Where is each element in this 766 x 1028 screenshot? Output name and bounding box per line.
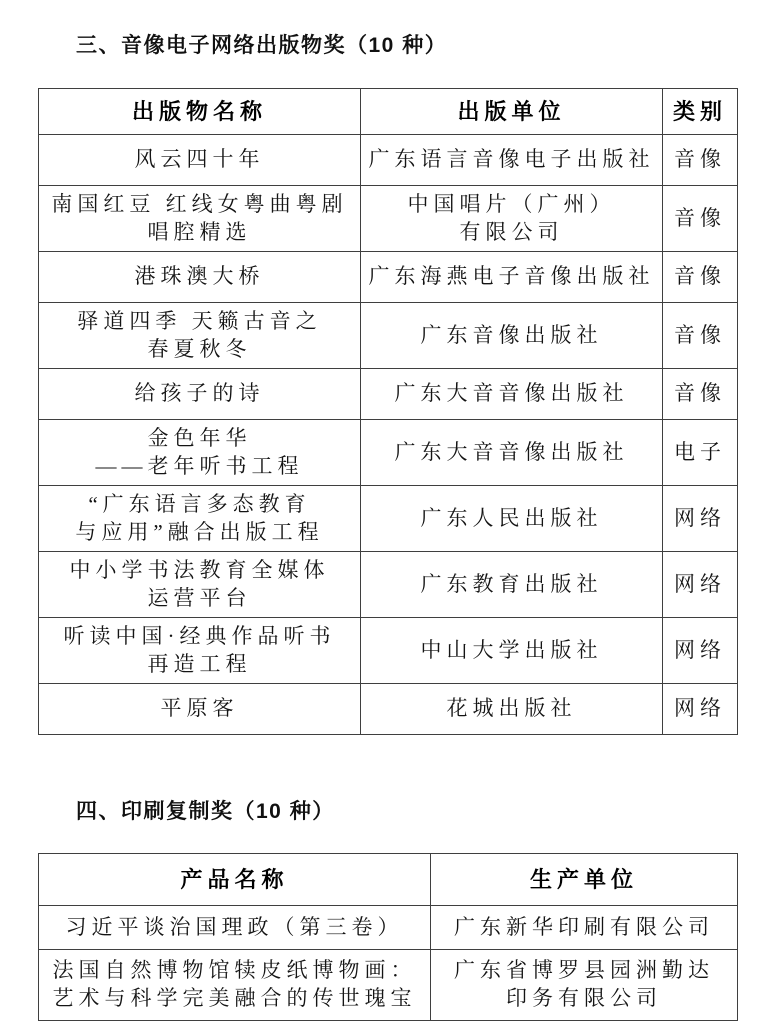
category-cell: 电子 [663, 420, 738, 486]
product-name-cell: 法国自然博物馆犊皮纸博物画： 艺术与科学完美融合的传世瑰宝 [39, 950, 431, 1021]
table-header-row: 产品名称 生产单位 [39, 854, 738, 906]
category-cell: 网络 [663, 486, 738, 552]
publisher-cell: 广东人民出版社 [361, 486, 663, 552]
publisher-cell: 广东海燕电子音像出版社 [361, 252, 663, 303]
publisher-cell: 中国唱片（广州） 有限公司 [361, 186, 663, 252]
publication-name-cell: 港珠澳大桥 [39, 252, 361, 303]
publication-name-cell: “广东语言多态教育 与应用”融合出版工程 [39, 486, 361, 552]
publisher-cell: 广东音像出版社 [361, 303, 663, 369]
publication-name-cell: 听读中国·经典作品听书 再造工程 [39, 618, 361, 684]
table-row: 中小学书法教育全媒体 运营平台 广东教育出版社 网络 [39, 552, 738, 618]
table-row: 风云四十年 广东语言音像电子出版社 音像 [39, 135, 738, 186]
col-header-publisher: 出版单位 [361, 89, 663, 135]
category-cell: 网络 [663, 684, 738, 735]
producer-cell: 广东省博罗县园洲勤达 印务有限公司 [431, 950, 738, 1021]
table-row: 驿道四季 天籁古音之 春夏秋冬 广东音像出版社 音像 [39, 303, 738, 369]
publication-name-cell: 南国红豆 红线女粤曲粤剧 唱腔精选 [39, 186, 361, 252]
publisher-cell: 广东语言音像电子出版社 [361, 135, 663, 186]
table-row: 金色年华 ——老年听书工程 广东大音音像出版社 电子 [39, 420, 738, 486]
category-cell: 网络 [663, 552, 738, 618]
category-cell: 音像 [663, 369, 738, 420]
table-row: 法国自然博物馆犊皮纸博物画： 艺术与科学完美融合的传世瑰宝 广东省博罗县园洲勤达… [39, 950, 738, 1021]
col-header-publication-name: 出版物名称 [39, 89, 361, 135]
product-name-cell: 习近平谈治国理政（第三卷） [39, 906, 431, 950]
table-header-row: 出版物名称 出版单位 类别 [39, 89, 738, 135]
table-row: 平原客 花城出版社 网络 [39, 684, 738, 735]
publisher-cell: 广东大音音像出版社 [361, 369, 663, 420]
col-header-producer: 生产单位 [431, 854, 738, 906]
producer-cell: 广东新华印刷有限公司 [431, 906, 738, 950]
publication-name-cell: 金色年华 ——老年听书工程 [39, 420, 361, 486]
category-cell: 音像 [663, 252, 738, 303]
table-row: 南国红豆 红线女粤曲粤剧 唱腔精选 中国唱片（广州） 有限公司 音像 [39, 186, 738, 252]
publication-name-cell: 风云四十年 [39, 135, 361, 186]
table-row: “广东语言多态教育 与应用”融合出版工程 广东人民出版社 网络 [39, 486, 738, 552]
publisher-cell: 广东教育出版社 [361, 552, 663, 618]
publication-name-cell: 给孩子的诗 [39, 369, 361, 420]
section-4-heading: 四、印刷复制奖（10 种） [76, 795, 335, 825]
table-row: 给孩子的诗 广东大音音像出版社 音像 [39, 369, 738, 420]
category-cell: 音像 [663, 303, 738, 369]
category-cell: 音像 [663, 135, 738, 186]
publication-name-cell: 中小学书法教育全媒体 运营平台 [39, 552, 361, 618]
publisher-cell: 广东大音音像出版社 [361, 420, 663, 486]
table-row: 港珠澳大桥 广东海燕电子音像出版社 音像 [39, 252, 738, 303]
table-row: 听读中国·经典作品听书 再造工程 中山大学出版社 网络 [39, 618, 738, 684]
publication-name-cell: 平原客 [39, 684, 361, 735]
publisher-cell: 花城出版社 [361, 684, 663, 735]
col-header-category: 类别 [663, 89, 738, 135]
audio-video-network-awards-table: 出版物名称 出版单位 类别 风云四十年 广东语言音像电子出版社 音像 南国红豆 … [38, 88, 738, 735]
document-page: 三、音像电子网络出版物奖（10 种） 出版物名称 出版单位 类别 风云四十年 广… [0, 0, 766, 1028]
publisher-cell: 中山大学出版社 [361, 618, 663, 684]
printing-replication-awards-table: 产品名称 生产单位 习近平谈治国理政（第三卷） 广东新华印刷有限公司 法国自然博… [38, 853, 738, 1021]
section-3-heading: 三、音像电子网络出版物奖（10 种） [76, 29, 447, 59]
category-cell: 网络 [663, 618, 738, 684]
table-row: 习近平谈治国理政（第三卷） 广东新华印刷有限公司 [39, 906, 738, 950]
publication-name-cell: 驿道四季 天籁古音之 春夏秋冬 [39, 303, 361, 369]
category-cell: 音像 [663, 186, 738, 252]
col-header-product-name: 产品名称 [39, 854, 431, 906]
